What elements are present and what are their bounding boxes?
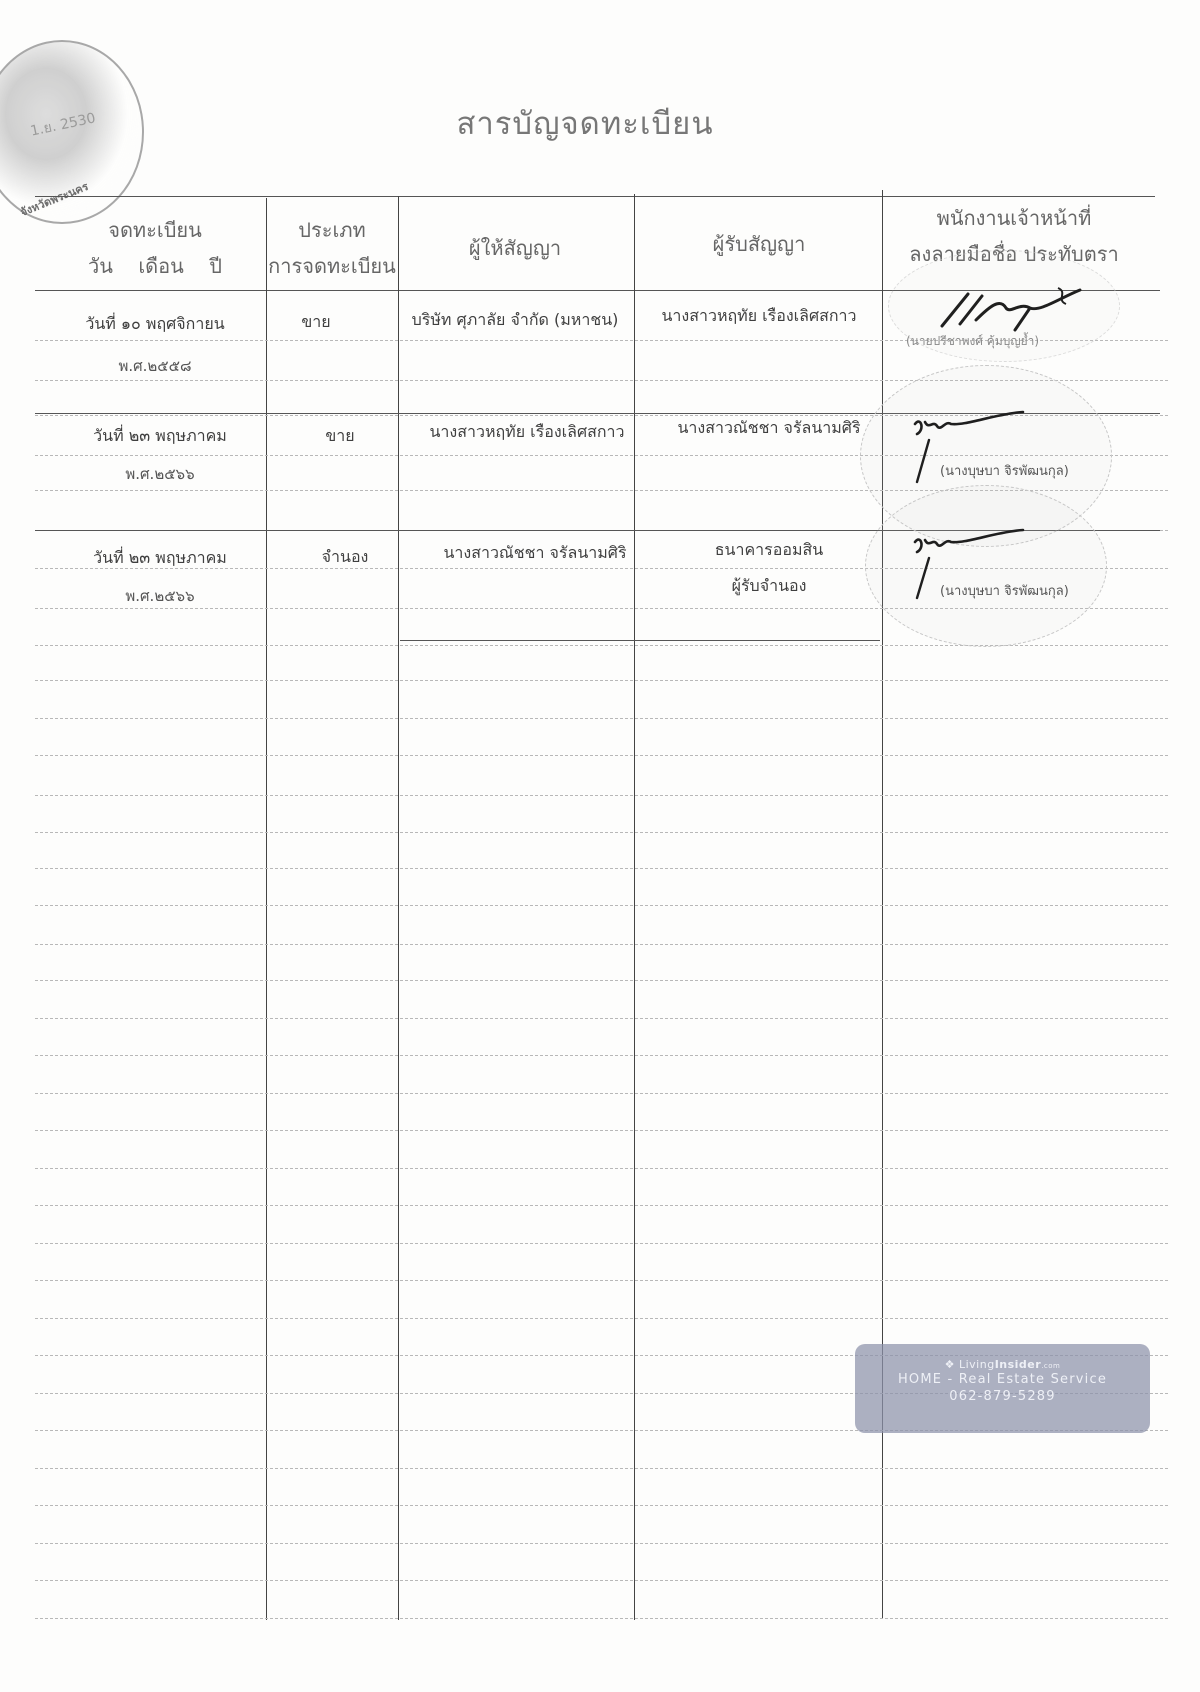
column-header-grantor-line1: ผู้ให้สัญญา: [398, 230, 632, 266]
column-divider: [266, 198, 267, 1620]
column-header-type-line2: การจดทะเบียน: [266, 248, 398, 284]
watermark-banner: ❖ LivingInsider.com HOME - Real Estate S…: [855, 1344, 1150, 1433]
watermark-brand: ❖ LivingInsider.com: [855, 1358, 1150, 1371]
ruled-line: [35, 795, 1168, 796]
column-divider: [398, 196, 399, 1620]
column-header-type-line1: ประเภท: [266, 212, 398, 248]
ruled-line: [35, 1018, 1168, 1019]
watermark-phone: 062-879-5289: [855, 1388, 1150, 1405]
entry-1-year: พ.ศ.๒๕๕๘: [40, 354, 270, 378]
ruled-line: [35, 980, 1168, 981]
entry-1-grantee: นางสาวหฤทัย เรืองเลิศสกาว: [636, 304, 882, 329]
ruled-line: [35, 1618, 1168, 1619]
ruled-line: [35, 718, 1168, 719]
ruled-line: [35, 680, 1168, 681]
ruled-line: [35, 1055, 1168, 1056]
entry-2-officer-name: (นางบุษบา จิรพัฒนกุล): [940, 460, 1069, 481]
entry-1-type: ขาย: [266, 310, 366, 335]
column-header-date-line2: วัน เดือน ปี: [40, 248, 270, 284]
entry-3-date: วันที่ ๒๓ พฤษภาคม: [40, 546, 280, 571]
ruled-line: [35, 1093, 1168, 1094]
entry-3-year: พ.ศ.๒๕๖๖: [40, 584, 280, 608]
column-header-grantee-line1: ผู้รับสัญญา: [636, 226, 882, 262]
entry-3-type: จำนอง: [290, 545, 400, 570]
column-header-grantor: ผู้ให้สัญญา: [398, 230, 632, 266]
entry-2-year: พ.ศ.๒๕๖๖: [40, 462, 280, 486]
ruled-line: [35, 1280, 1168, 1281]
ruled-line: [35, 832, 1168, 833]
watermark-brand-bold: Insider: [995, 1358, 1042, 1371]
ruled-line: [35, 1243, 1168, 1244]
entry-3-grantee-line1: ธนาคารออมสิน: [646, 538, 892, 563]
entry-3-officer-name: (นางบุษบา จิรพัฒนกุล): [940, 580, 1069, 601]
ruled-line: [35, 944, 1168, 945]
table-border: [400, 640, 880, 641]
column-header-date-line1: จดทะเบียน: [40, 212, 270, 248]
watermark-service: HOME - Real Estate Service: [855, 1371, 1150, 1388]
entry-3-grantee-line2: ผู้รับจำนอง: [646, 574, 892, 599]
ruled-line: [35, 1168, 1168, 1169]
entry-1-officer-name: (นายปรีชาพงศ์ คุ้มบุญย้ำ): [906, 332, 1039, 351]
ruled-line: [35, 1580, 1168, 1581]
ruled-line: [35, 755, 1168, 756]
ruled-line: [35, 1130, 1168, 1131]
watermark-brand-suffix: .com: [1041, 1362, 1060, 1370]
entry-2-date: วันที่ ๒๓ พฤษภาคม: [40, 424, 280, 449]
entry-2-grantor: นางสาวหฤทัย เรืองเลิศสกาว: [410, 420, 644, 445]
ruled-line: [35, 905, 1168, 906]
entry-1-grantor: บริษัท ศุภาลัย จำกัด (มหาชน): [398, 308, 632, 333]
ruled-line: [35, 1543, 1168, 1544]
entry-3-grantor: นางสาวณัชชา จรัลนามศิริ: [410, 541, 660, 566]
table-border: [35, 196, 1155, 197]
ruled-line: [35, 868, 1168, 869]
column-divider: [634, 194, 635, 1620]
column-header-officer-line1: พนักงานเจ้าหน้าที่: [884, 200, 1144, 236]
living-insider-logo-icon: ❖: [945, 1358, 955, 1371]
ruled-line: [35, 1505, 1168, 1506]
ruled-line: [35, 1318, 1168, 1319]
column-header-type: ประเภท การจดทะเบียน: [266, 212, 398, 284]
entry-2-grantee: นางสาวณัชชา จรัลนามศิริ: [646, 416, 892, 441]
page-title: สารบัญจดทะเบียน: [0, 98, 1170, 148]
ruled-line: [35, 1205, 1168, 1206]
ruled-line: [35, 1468, 1168, 1469]
entry-1-signature: [930, 286, 1090, 336]
land-registration-page: 1.ย. 2530 จังหวัดพระนคร สารบัญจดทะเบียน …: [0, 0, 1200, 1692]
watermark-brand-prefix: Living: [959, 1358, 995, 1371]
entry-1-date: วันที่ ๑๐ พฤศจิกายน: [40, 312, 270, 337]
column-header-date: จดทะเบียน วัน เดือน ปี: [40, 212, 270, 284]
column-header-grantee: ผู้รับสัญญา: [636, 226, 882, 262]
entry-2-type: ขาย: [290, 424, 390, 449]
